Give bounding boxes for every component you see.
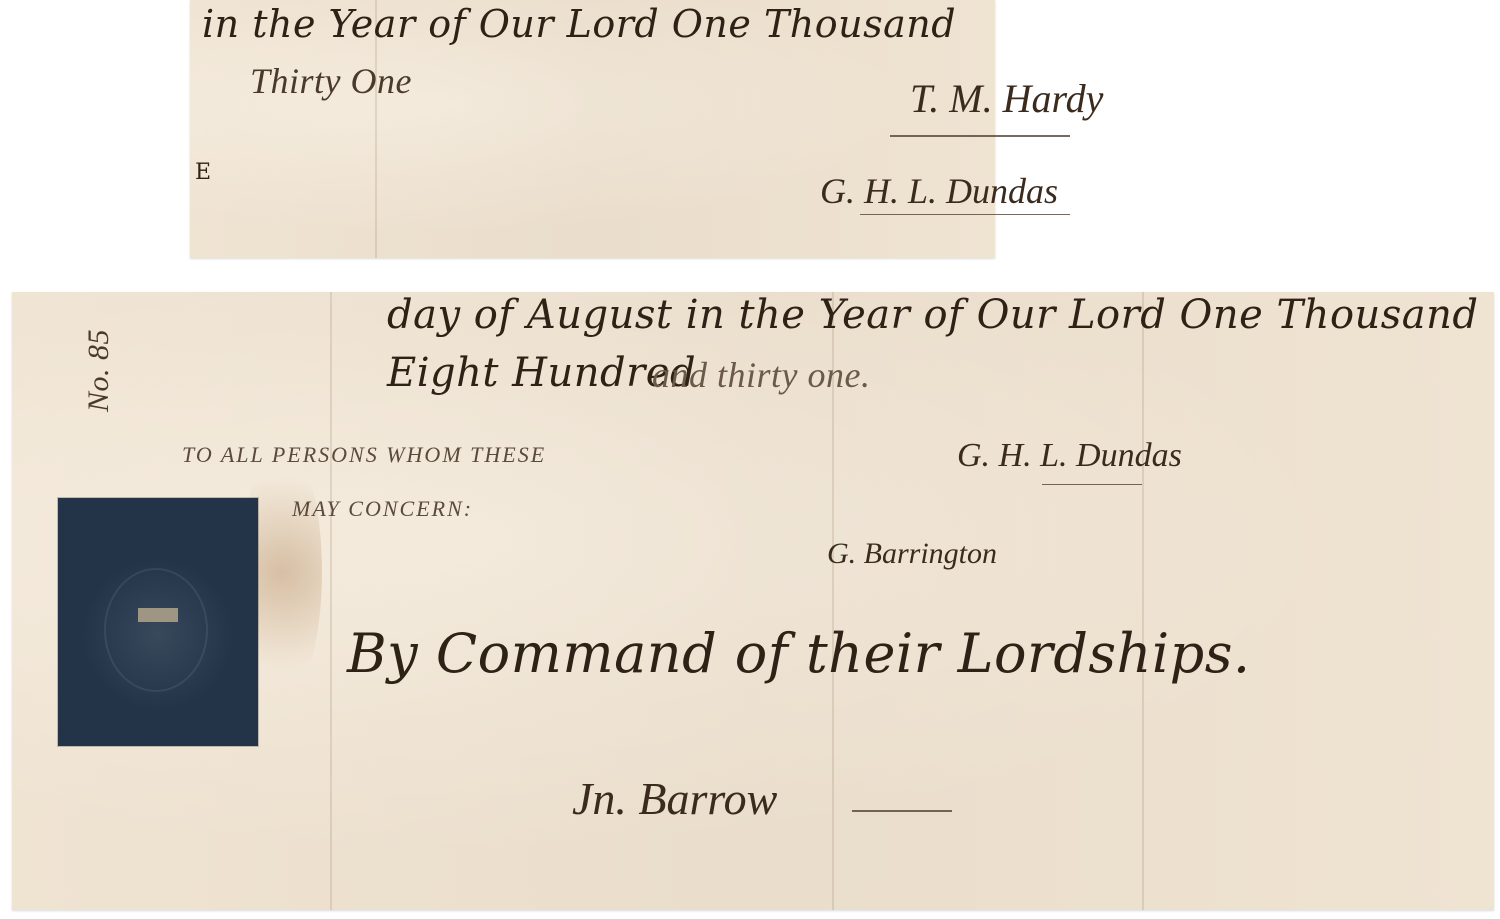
address-line-1: TO ALL PERSONS WHOM THESE	[182, 442, 546, 468]
upper-partial-letter: E	[195, 160, 212, 185]
address-line-2: MAY CONCERN:	[292, 496, 473, 522]
signature-underline	[852, 810, 952, 812]
closing-by-command: By Command of their Lordships.	[347, 622, 1251, 685]
signature-underline	[1042, 484, 1142, 485]
signature-dundas-lower: G. H. L. Dundas	[957, 437, 1182, 475]
blue-seal-stamp	[58, 498, 258, 746]
lower-line-thirty-one: and thirty one.	[652, 354, 870, 396]
lower-line-date: day of August in the Year of Our Lord On…	[387, 292, 1479, 338]
fold-line	[1142, 292, 1144, 910]
document-number: No. 85	[82, 329, 116, 412]
crest-emboss	[104, 568, 208, 692]
signature-underline	[860, 214, 1070, 215]
lower-document: No. 85 day of August in the Year of Our …	[12, 292, 1494, 910]
signature-dundas-upper: G. H. L. Dundas	[820, 170, 1058, 212]
seal-label	[138, 608, 178, 622]
lower-line-eight-hundred: Eight Hundred	[387, 350, 696, 396]
signature-hardy: T. M. Hardy	[910, 75, 1103, 122]
upper-line-year: in the Year of Our Lord One Thousand	[202, 2, 956, 46]
fold-line	[330, 292, 332, 910]
signature-barrow: Jn. Barrow	[572, 772, 777, 825]
upper-document-fragment: in the Year of Our Lord One Thousand Thi…	[190, 0, 995, 258]
upper-line-thirty-one: Thirty One	[250, 60, 412, 102]
signature-barrington: G. Barrington	[827, 537, 997, 571]
signature-underline	[890, 135, 1070, 137]
